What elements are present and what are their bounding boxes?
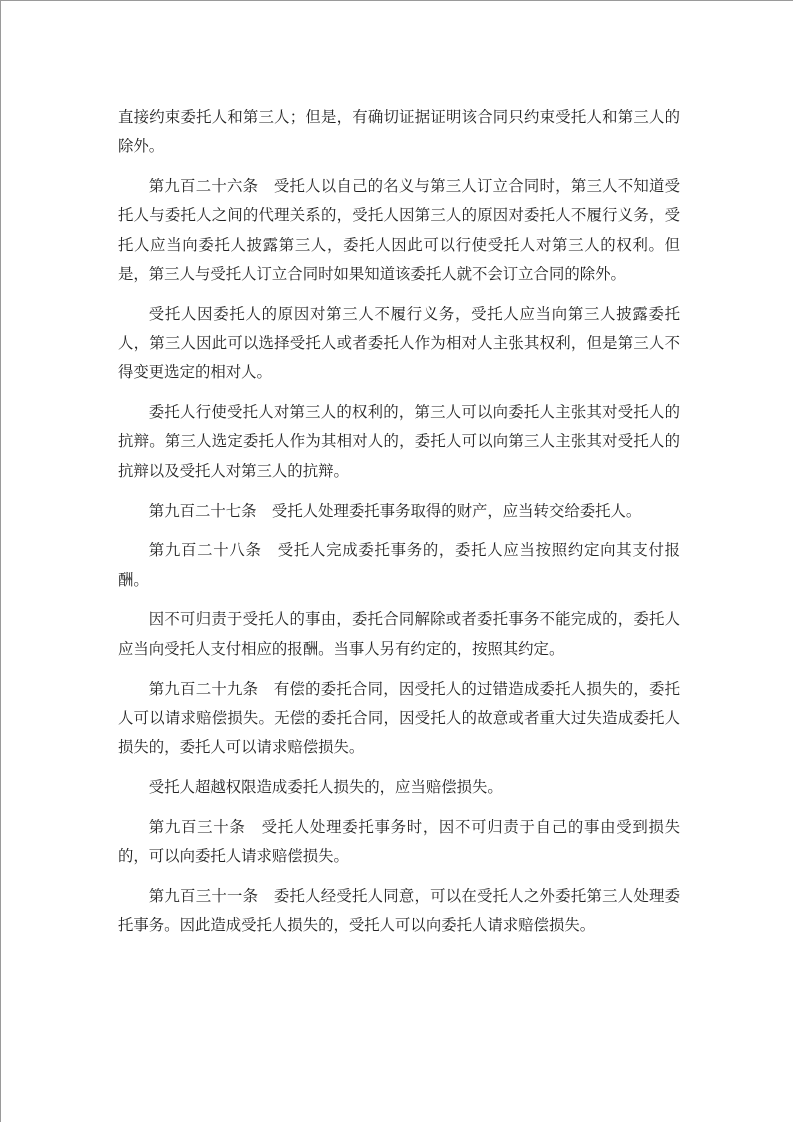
paragraph-article-931: 第九百三十一条 委托人经受托人同意，可以在受托人之外委托第三人处理委托事务。因此… [118,882,680,941]
paragraph-article-926-clause-3: 委托人行使受托人对第三人的权利的，第三人可以向委托人主张其对受托人的抗辩。第三人… [118,398,680,486]
paragraph-article-928: 第九百二十八条 受托人完成委托事务的，委托人应当按照约定向其支付报酬。 [118,536,680,595]
paragraph-article-926-clause-2: 受托人因委托人的原因对第三人不履行义务，受托人应当向第三人披露委托人，第三人因此… [118,300,680,388]
document-body: 直接约束委托人和第三人；但是，有确切证据证明该合同只约束受托人和第三人的除外。 … [118,103,680,951]
paragraph-article-930: 第九百三十条 受托人处理委托事务时，因不可归责于自己的事由受到损失的，可以向委托… [118,813,680,872]
paragraph-continuation: 直接约束委托人和第三人；但是，有确切证据证明该合同只约束受托人和第三人的除外。 [118,103,680,162]
document-page: 直接约束委托人和第三人；但是，有确切证据证明该合同只约束受托人和第三人的除外。 … [0,0,793,1122]
paragraph-article-926: 第九百二十六条 受托人以自己的名义与第三人订立合同时，第三人不知道受托人与委托人… [118,172,680,289]
paragraph-article-927: 第九百二十七条 受托人处理委托事务取得的财产，应当转交给委托人。 [118,497,680,526]
paragraph-article-929: 第九百二十九条 有偿的委托合同，因受托人的过错造成委托人损失的，委托人可以请求赔… [118,675,680,763]
paragraph-article-929-clause-2: 受托人超越权限造成委托人损失的，应当赔偿损失。 [118,773,680,802]
paragraph-article-928-clause-2: 因不可归责于受托人的事由，委托合同解除或者委托事务不能完成的，委托人应当向受托人… [118,605,680,664]
